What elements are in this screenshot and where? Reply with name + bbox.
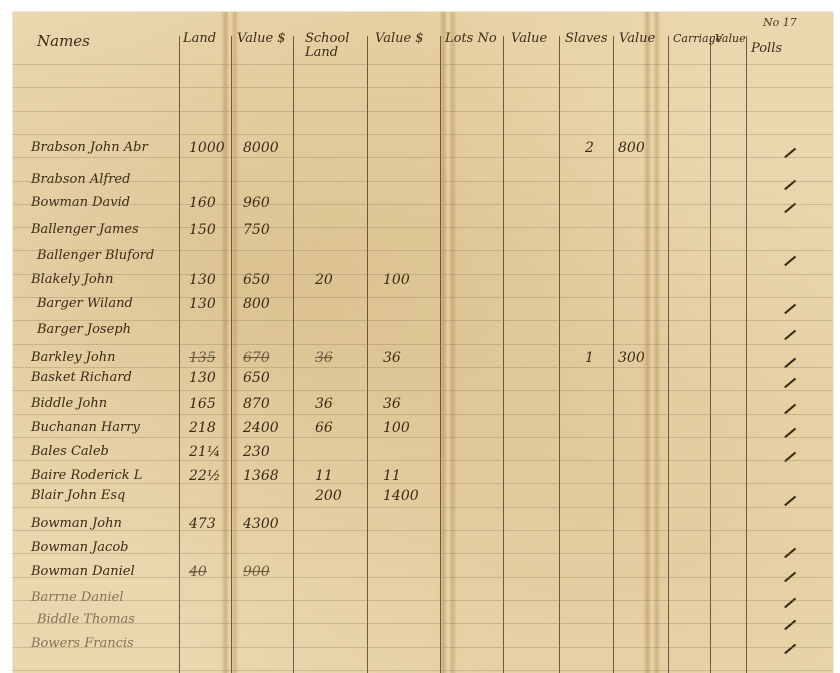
ruling-line	[13, 87, 833, 88]
cell-land: 130	[189, 296, 216, 312]
ruling-line	[13, 367, 833, 368]
ruling-line	[13, 227, 833, 228]
ruling-line	[13, 134, 833, 135]
ruling-line	[13, 111, 833, 112]
ruling-line	[13, 437, 833, 438]
ruling-line	[13, 460, 833, 461]
page-number: No 17	[763, 16, 797, 29]
cell-land-value: 230	[243, 444, 270, 460]
row-name: Brabson Alfred	[31, 172, 130, 187]
header-land: Land	[183, 32, 216, 46]
header-lots: Lots No	[445, 32, 497, 46]
ruling-line	[13, 507, 833, 508]
cell-land-value: 650	[243, 370, 270, 386]
row-name: Buchanan Harry	[31, 420, 140, 435]
row-name: Barrne Daniel	[31, 590, 124, 605]
header-lots-value: Value	[511, 32, 547, 46]
header-names: Names	[37, 34, 90, 48]
ruling-line	[13, 204, 833, 205]
cell-school-value: 11	[383, 468, 401, 484]
cell-school-land: 200	[315, 488, 342, 504]
ruling-line	[13, 623, 833, 624]
cell-land: 165	[189, 396, 216, 412]
cell-land: 21¼	[189, 444, 220, 460]
row-name: Brabson John Abr	[31, 140, 148, 155]
cell-school-land: 36	[315, 350, 333, 366]
ruling-line	[13, 250, 833, 251]
row-name: Ballenger James	[31, 222, 139, 237]
ruling-line	[13, 530, 833, 531]
row-name: Basket Richard	[31, 370, 132, 385]
cell-land-value: 870	[243, 396, 270, 412]
cell-school-land: 66	[315, 420, 333, 436]
ruling-line	[13, 390, 833, 391]
ruling-line	[13, 414, 833, 415]
ledger-page: Names Land Value $ School Land Value $ L…	[13, 12, 833, 673]
poll-tick-mark	[784, 496, 796, 506]
ruling-line	[13, 553, 833, 554]
header-slaves-value: Value	[619, 32, 655, 46]
header-school-value: Value $	[375, 32, 435, 46]
ruling-line	[13, 157, 833, 158]
header-slaves: Slaves	[565, 32, 608, 46]
poll-tick-mark	[784, 330, 796, 340]
header-land-value: Value $	[237, 32, 291, 46]
header-carriage-value: Value	[715, 32, 746, 46]
cell-school-value: 100	[383, 420, 410, 436]
cell-slaves-value: 300	[618, 350, 645, 366]
cell-land-value: 800	[243, 296, 270, 312]
ruling-line	[13, 64, 833, 65]
row-name: Bowman David	[31, 195, 130, 210]
cell-school-value: 1400	[383, 488, 419, 504]
ruling-line	[13, 577, 833, 578]
row-name: Biddle Thomas	[37, 612, 135, 627]
header-school-land: School Land	[305, 32, 365, 60]
cell-school-value: 36	[383, 396, 401, 412]
cell-land: 22½	[189, 468, 220, 484]
cell-land-value: 670	[243, 350, 270, 366]
row-name: Barger Wiland	[37, 296, 133, 311]
cell-slaves: 1	[585, 350, 594, 366]
row-name: Bowman John	[31, 516, 122, 531]
row-name: Biddle John	[31, 396, 107, 411]
cell-land: 130	[189, 370, 216, 386]
row-name: Bales Caleb	[31, 444, 109, 459]
cell-land-value: 1368	[243, 468, 279, 484]
cell-land-value: 2400	[243, 420, 279, 436]
ruling-line	[13, 483, 833, 484]
ruling-line	[13, 320, 833, 321]
poll-tick-mark	[784, 378, 796, 388]
poll-tick-mark	[784, 644, 796, 654]
cell-slaves-value: 800	[618, 140, 645, 156]
ruling-line	[13, 647, 833, 648]
cell-school-land: 36	[315, 396, 333, 412]
ruling-line	[13, 274, 833, 275]
cell-land: 150	[189, 222, 216, 238]
header-polls: Polls	[751, 42, 782, 56]
cell-land: 135	[189, 350, 216, 366]
ruling-line	[13, 670, 833, 671]
poll-tick-mark	[784, 304, 796, 314]
row-name: Barger Joseph	[37, 322, 131, 337]
ruling-line	[13, 181, 833, 182]
ruling-line	[13, 600, 833, 601]
poll-tick-mark	[784, 256, 796, 266]
cell-land-value: 750	[243, 222, 270, 238]
cell-land: 40	[189, 564, 207, 580]
cell-land: 218	[189, 420, 216, 436]
row-name: Baire Roderick L	[31, 468, 142, 483]
cell-land-value: 8000	[243, 140, 279, 156]
ruling-line	[13, 344, 833, 345]
cell-land: 1000	[189, 140, 225, 156]
row-name: Bowers Francis	[31, 636, 134, 651]
row-name: Barkley John	[31, 350, 116, 365]
cell-school-value: 36	[383, 350, 401, 366]
poll-tick-mark	[784, 620, 796, 630]
ruling-line	[13, 297, 833, 298]
cell-land-value: 900	[243, 564, 270, 580]
poll-tick-mark	[784, 404, 796, 414]
cell-slaves: 2	[585, 140, 594, 156]
cell-school-land: 11	[315, 468, 333, 484]
row-name: Blair John Esq	[31, 488, 125, 503]
